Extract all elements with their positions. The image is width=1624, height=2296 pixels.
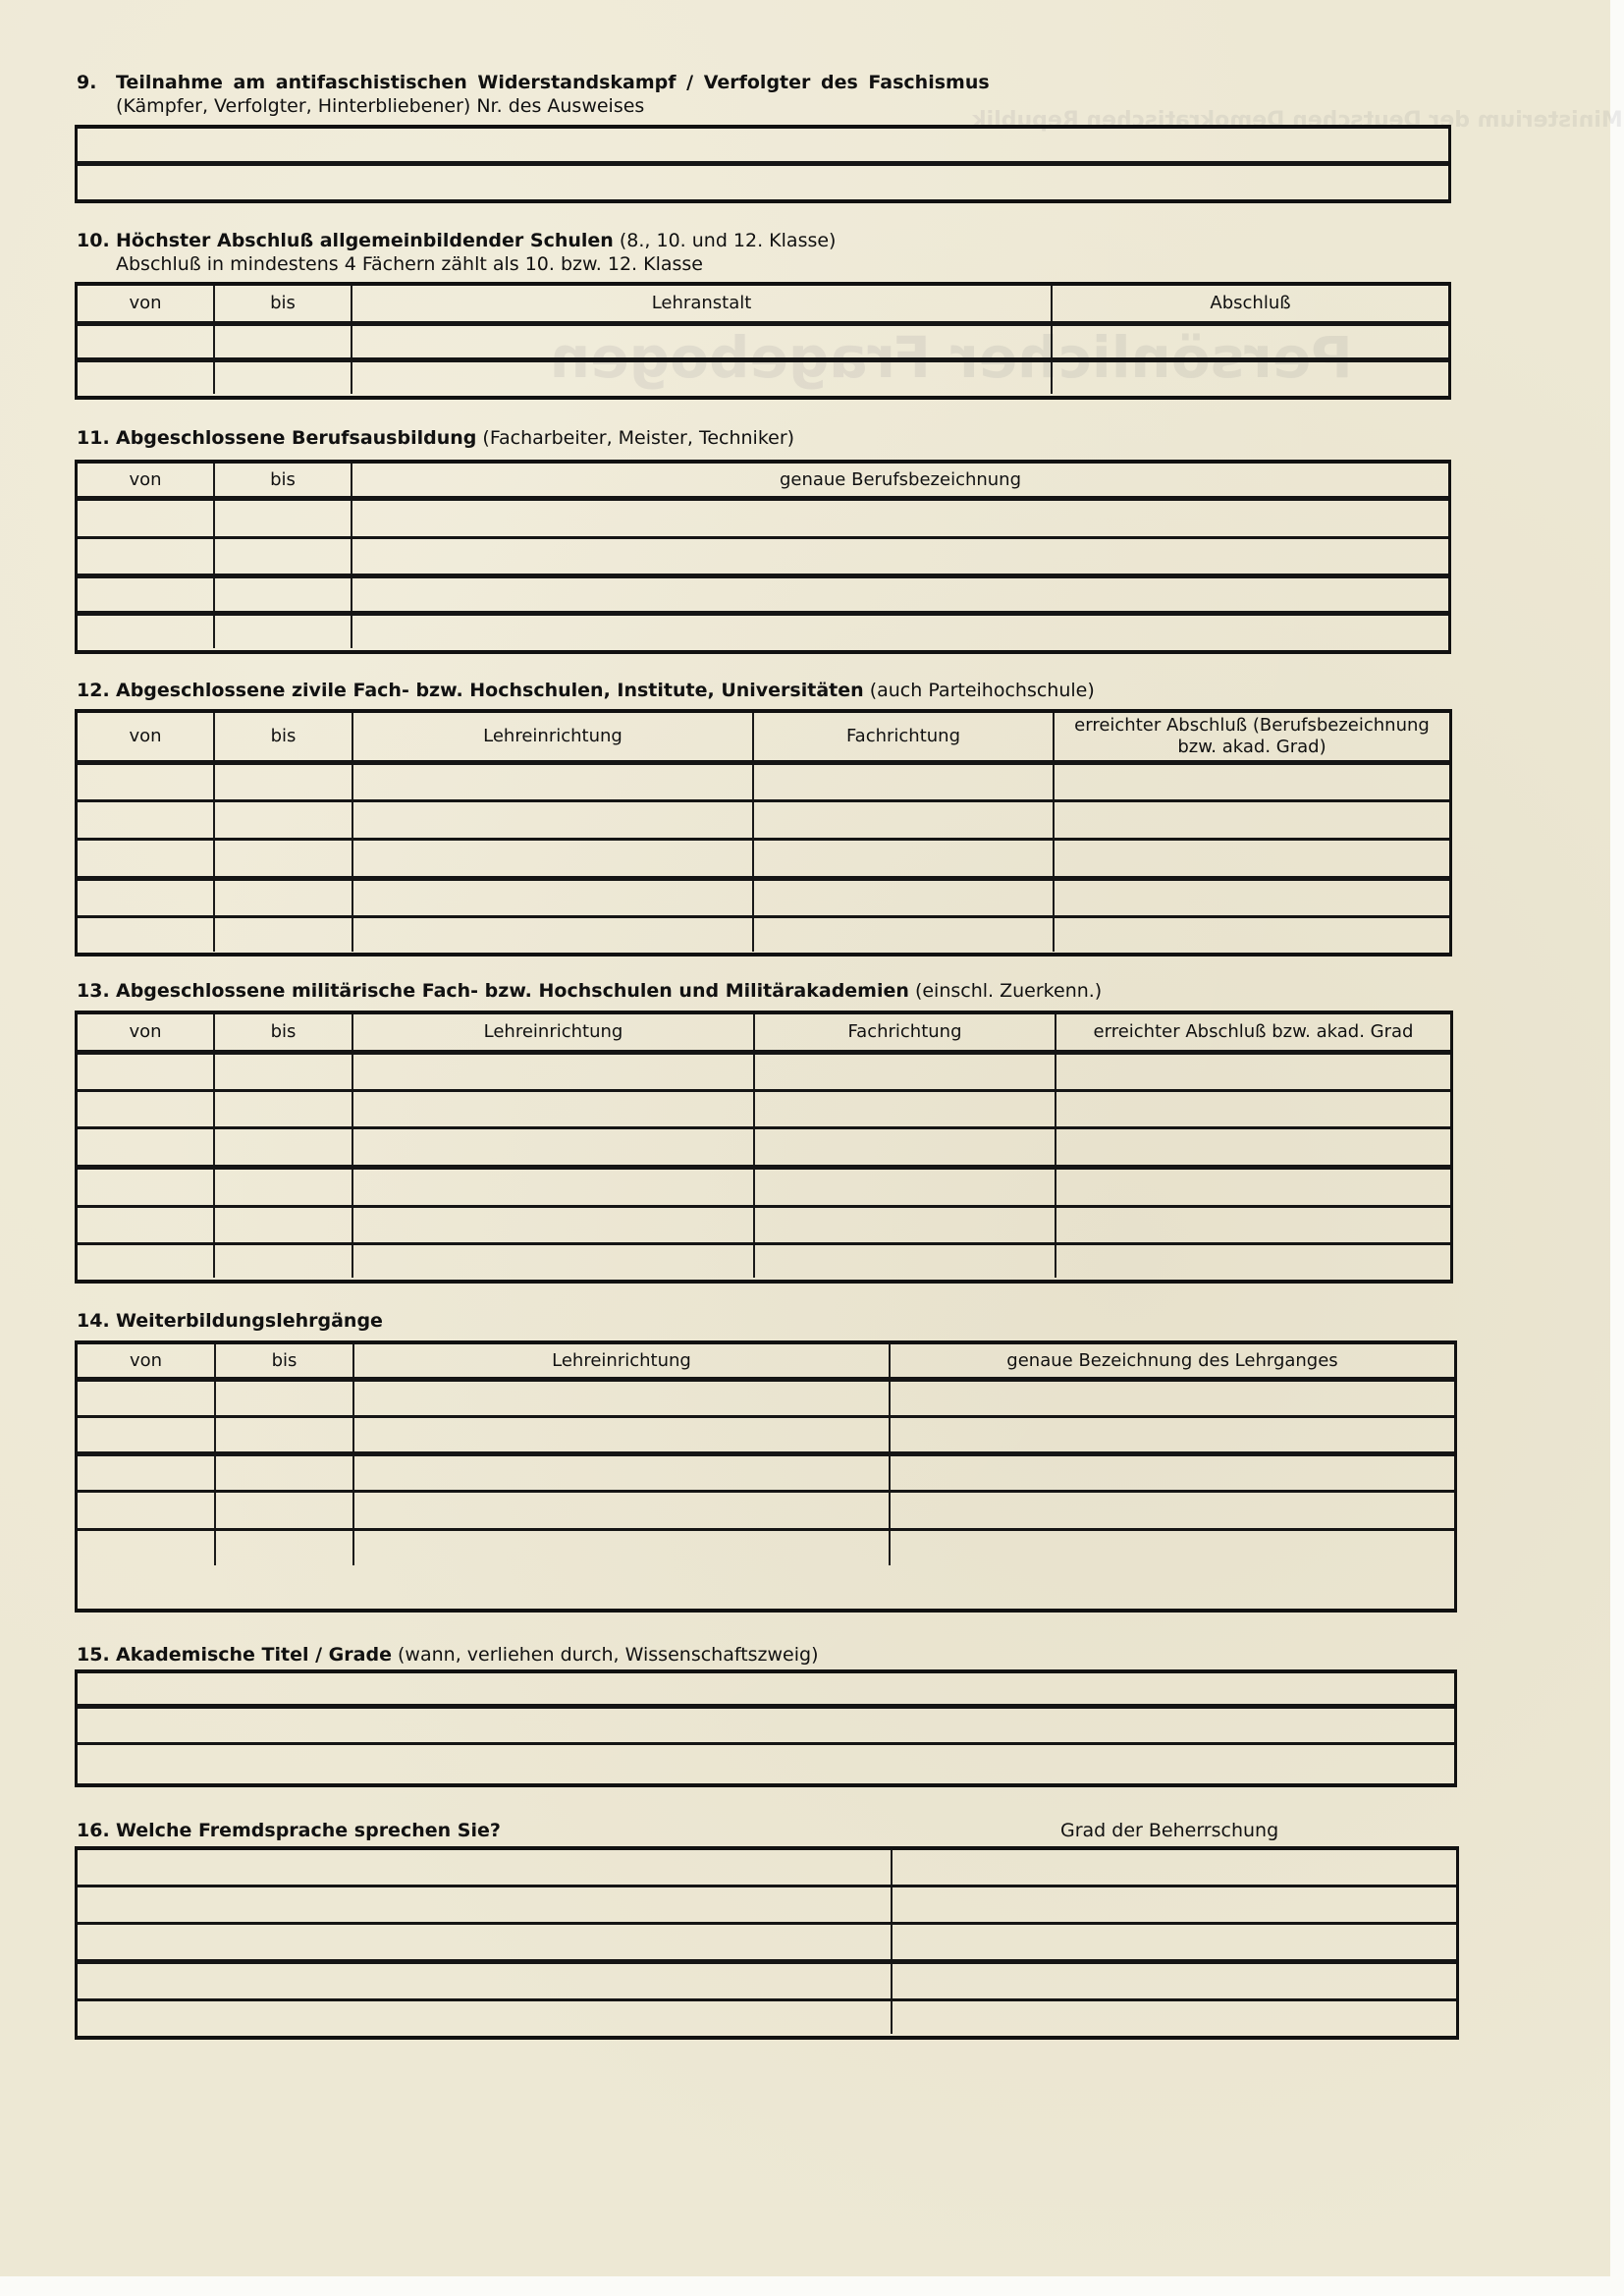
section-subtitle: Abschluß in mindestens 4 Fächern zählt a… <box>77 252 836 276</box>
table-cell[interactable] <box>891 1418 1454 1451</box>
table-cell[interactable] <box>353 1170 755 1205</box>
table-cell[interactable] <box>891 1382 1454 1415</box>
column-header: Abschluß <box>1053 286 1448 321</box>
section-15-heading: 15.Akademische Titel / Grade (wann, verl… <box>77 1643 819 1667</box>
table-cell[interactable] <box>755 1092 1056 1126</box>
section-subtitle: (Kämpfer, Verfolgter, Hinterbliebener) N… <box>77 94 990 118</box>
section-title-note: (auch Parteihochschule) <box>864 680 1095 701</box>
table-cell[interactable] <box>216 1493 354 1528</box>
table-cell[interactable] <box>1056 1208 1450 1242</box>
section-12-table: von bis Lehreinrichtung Fachrichtung err… <box>75 709 1452 957</box>
table-cell[interactable] <box>78 1170 215 1205</box>
section-title: Abgeschlossene militärische Fach- bzw. H… <box>116 980 909 1002</box>
proficiency-cell[interactable] <box>893 2001 1456 2034</box>
section-12-heading: 12.Abgeschlossene zivile Fach- bzw. Hoch… <box>77 679 1095 702</box>
table-cell[interactable] <box>1053 326 1448 357</box>
table-cell[interactable] <box>754 918 1055 952</box>
section-13-table: von bis Lehreinrichtung Fachrichtung err… <box>75 1011 1453 1284</box>
table-cell[interactable] <box>215 578 352 611</box>
column-header: von <box>78 1014 215 1050</box>
table-cell[interactable] <box>215 1245 353 1278</box>
table-cell[interactable] <box>354 1493 891 1528</box>
section-title-note: (8., 10. und 12. Klasse) <box>614 230 837 251</box>
table-cell[interactable] <box>755 1245 1056 1278</box>
section-10-heading: 10.Höchster Abschluß allgemeinbildender … <box>77 229 836 276</box>
table-cell[interactable] <box>891 1456 1454 1490</box>
column-header: Fachrichtung <box>755 1014 1056 1050</box>
table-cell[interactable] <box>754 881 1055 915</box>
table-cell[interactable] <box>1056 1129 1450 1165</box>
proficiency-cell[interactable] <box>893 1887 1456 1922</box>
column-header: bis <box>215 1014 353 1050</box>
section-16-table <box>75 1846 1459 2040</box>
table-cell[interactable] <box>78 1055 215 1089</box>
table-cell[interactable] <box>216 1531 354 1565</box>
section-title: Weiterbildungslehrgänge <box>116 1310 383 1332</box>
column-header: von <box>78 286 215 321</box>
table-cell[interactable] <box>1055 765 1449 799</box>
table-cell[interactable] <box>1055 918 1449 952</box>
column-header: Fachrichtung <box>754 713 1055 760</box>
section-number: 13. <box>77 979 116 1003</box>
proficiency-cell[interactable] <box>893 1964 1456 1998</box>
section-9-heading: 9.Teilnahme am antifaschistischen Widers… <box>77 71 990 118</box>
table-cell[interactable] <box>216 1382 354 1415</box>
table-cell[interactable] <box>215 802 353 838</box>
table-cell[interactable] <box>1055 802 1449 838</box>
table-cell[interactable] <box>754 802 1055 838</box>
table-cell[interactable] <box>78 802 215 838</box>
table-cell[interactable] <box>78 326 215 357</box>
table-cell[interactable] <box>78 166 1448 200</box>
table-cell[interactable] <box>78 501 215 536</box>
table-cell[interactable] <box>891 1531 1454 1565</box>
table-cell[interactable] <box>1055 841 1449 876</box>
table-cell[interactable] <box>353 802 754 838</box>
table-cell[interactable] <box>78 1092 215 1126</box>
table-cell[interactable] <box>215 765 353 799</box>
section-number: 14. <box>77 1309 116 1333</box>
table-cell[interactable] <box>353 1055 755 1089</box>
section-number: 15. <box>77 1643 116 1667</box>
table-cell[interactable] <box>891 1493 1454 1528</box>
table-cell[interactable] <box>353 918 754 952</box>
section-16-heading: 16.Welche Fremdsprache sprechen Sie?Grad… <box>77 1819 1451 1842</box>
column-header: Lehreinrichtung <box>353 713 754 760</box>
table-cell[interactable] <box>78 1245 215 1278</box>
table-cell[interactable] <box>354 1418 891 1451</box>
section-number: 9. <box>77 71 116 94</box>
table-cell[interactable] <box>353 765 754 799</box>
section-9-table <box>75 125 1451 203</box>
table-cell[interactable] <box>353 881 754 915</box>
table-cell[interactable] <box>215 501 352 536</box>
table-cell[interactable] <box>352 326 1053 357</box>
table-cell[interactable] <box>1056 1092 1450 1126</box>
column-header: bis <box>216 1344 354 1377</box>
section-title: Teilnahme am antifaschistischen Widersta… <box>116 72 990 93</box>
table-cell[interactable] <box>215 1208 353 1242</box>
section-title: Welche Fremdsprache sprechen Sie? <box>116 1820 501 1841</box>
table-cell[interactable] <box>78 1709 1454 1742</box>
table-cell[interactable] <box>1053 362 1448 394</box>
column-header: Lehranstalt <box>352 286 1053 321</box>
table-cell[interactable] <box>215 616 352 648</box>
table-cell[interactable] <box>215 1092 353 1126</box>
section-number: 12. <box>77 679 116 702</box>
table-cell[interactable] <box>755 1170 1056 1205</box>
table-cell[interactable] <box>352 616 1448 648</box>
section-number: 11. <box>77 426 116 450</box>
column-header: genaue Bezeichnung des Lehrganges <box>891 1344 1454 1377</box>
table-cell[interactable] <box>78 1493 216 1528</box>
table-cell[interactable] <box>352 578 1448 611</box>
section-title: Höchster Abschluß allgemeinbildender Sch… <box>116 230 614 251</box>
column-header: von <box>78 1344 216 1377</box>
language-cell[interactable] <box>78 1887 893 1922</box>
grade-label: Grad der Beherrschung <box>1060 1819 1278 1842</box>
table-cell[interactable] <box>78 1129 215 1165</box>
section-title: Akademische Titel / Grade <box>116 1644 392 1666</box>
column-header: Lehreinrichtung <box>353 1014 755 1050</box>
table-cell[interactable] <box>78 918 215 952</box>
section-11-table: von bis genaue Berufsbezeichnung <box>75 460 1451 654</box>
table-cell[interactable] <box>754 765 1055 799</box>
section-title-note: (einschl. Zuerkenn.) <box>909 980 1102 1002</box>
table-cell[interactable] <box>215 1170 353 1205</box>
language-cell[interactable] <box>78 1925 893 1959</box>
table-cell[interactable] <box>353 1092 755 1126</box>
table-cell[interactable] <box>755 1208 1056 1242</box>
language-cell[interactable] <box>78 1964 893 1998</box>
table-cell[interactable] <box>353 1129 755 1165</box>
column-header: genaue Berufsbezeichnung <box>352 464 1448 496</box>
table-cell[interactable] <box>1056 1055 1450 1089</box>
section-title: Abgeschlossene zivile Fach- bzw. Hochsch… <box>116 680 864 701</box>
table-cell[interactable] <box>78 841 215 876</box>
table-cell[interactable] <box>215 918 353 952</box>
table-cell[interactable] <box>78 362 215 394</box>
column-header: Lehreinrichtung <box>354 1344 891 1377</box>
table-cell[interactable] <box>78 1418 216 1451</box>
table-cell[interactable] <box>78 881 215 915</box>
table-cell[interactable] <box>754 841 1055 876</box>
table-cell[interactable] <box>78 1673 1454 1704</box>
table-cell[interactable] <box>215 1129 353 1165</box>
language-cell[interactable] <box>78 1850 893 1885</box>
proficiency-cell[interactable] <box>893 1925 1456 1959</box>
section-13-heading: 13.Abgeschlossene militärische Fach- bzw… <box>77 979 1102 1003</box>
table-cell[interactable] <box>215 326 352 357</box>
table-cell[interactable] <box>78 1456 216 1490</box>
table-cell[interactable] <box>352 501 1448 536</box>
section-title: Abgeschlossene Berufsausbildung <box>116 427 476 449</box>
table-cell[interactable] <box>353 841 754 876</box>
table-cell[interactable] <box>755 1129 1056 1165</box>
table-cell[interactable] <box>78 765 215 799</box>
section-15-table <box>75 1669 1457 1787</box>
table-cell[interactable] <box>755 1055 1056 1089</box>
table-cell[interactable] <box>354 1456 891 1490</box>
table-cell[interactable] <box>215 539 352 574</box>
column-header: von <box>78 713 215 760</box>
column-header: erreichter Abschluß (Berufsbezeichnung b… <box>1055 713 1449 760</box>
section-10-table: von bis Lehranstalt Abschluß <box>75 282 1451 400</box>
column-header: bis <box>215 713 353 760</box>
table-cell[interactable] <box>215 881 353 915</box>
section-11-heading: 11.Abgeschlossene Berufsausbildung (Fach… <box>77 426 794 450</box>
column-header: von <box>78 464 215 496</box>
section-14-table: von bis Lehreinrichtung genaue Bezeichnu… <box>75 1340 1457 1613</box>
column-header: bis <box>215 286 352 321</box>
table-cell[interactable] <box>1055 881 1449 915</box>
column-header: bis <box>215 464 352 496</box>
table-cell[interactable] <box>354 1382 891 1415</box>
proficiency-cell[interactable] <box>893 1850 1456 1885</box>
table-cell[interactable] <box>78 616 215 648</box>
table-cell[interactable] <box>353 1245 755 1278</box>
table-cell[interactable] <box>78 578 215 611</box>
table-cell[interactable] <box>78 1208 215 1242</box>
table-cell[interactable] <box>216 1418 354 1451</box>
table-cell[interactable] <box>215 362 352 394</box>
table-cell[interactable] <box>78 129 1448 161</box>
table-cell[interactable] <box>353 1208 755 1242</box>
column-header: erreichter Abschluß bzw. akad. Grad <box>1056 1014 1450 1050</box>
table-cell[interactable] <box>1056 1245 1450 1278</box>
table-cell[interactable] <box>352 539 1448 574</box>
table-cell[interactable] <box>1056 1170 1450 1205</box>
table-cell[interactable] <box>78 1382 216 1415</box>
table-cell[interactable] <box>78 1745 1454 1781</box>
section-number: 10. <box>77 229 116 252</box>
language-cell[interactable] <box>78 2001 893 2034</box>
table-cell[interactable] <box>78 1531 216 1565</box>
section-number: 16. <box>77 1819 116 1842</box>
section-title-note: (Facharbeiter, Meister, Techniker) <box>476 427 794 449</box>
table-cell[interactable] <box>354 1531 891 1565</box>
table-cell[interactable] <box>215 1055 353 1089</box>
section-title-note: (wann, verliehen durch, Wissenschaftszwe… <box>392 1644 819 1666</box>
table-cell[interactable] <box>352 362 1053 394</box>
table-cell[interactable] <box>78 539 215 574</box>
table-cell[interactable] <box>216 1456 354 1490</box>
table-cell[interactable] <box>215 841 353 876</box>
section-14-heading: 14.Weiterbildungslehrgänge <box>77 1309 383 1333</box>
